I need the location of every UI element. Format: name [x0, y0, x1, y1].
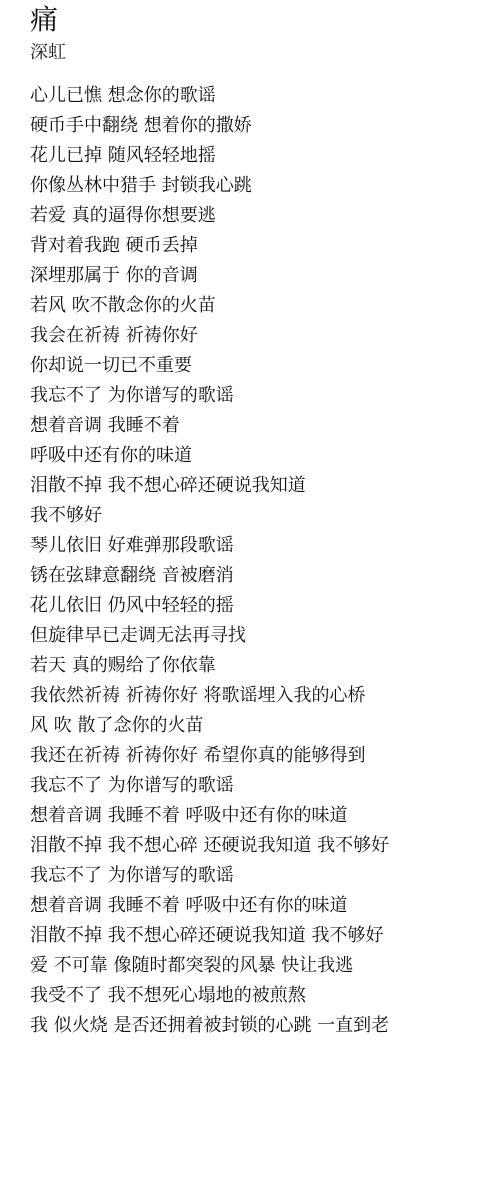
lyric-line: 背对着我跑 硬币丢掉 [30, 231, 490, 261]
lyric-line: 呼吸中还有你的味道 [30, 441, 490, 471]
lyric-line: 你像丛林中猎手 封锁我心跳 [30, 171, 490, 201]
lyric-line: 我还在祈祷 祈祷你好 希望你真的能够得到 [30, 741, 490, 771]
lyric-line: 爱 不可靠 像随时都突裂的风暴 快让我逃 [30, 951, 490, 981]
lyric-line: 但旋律早已走调无法再寻找 [30, 621, 490, 651]
lyric-line: 硬币手中翻绕 想着你的撒娇 [30, 111, 490, 141]
lyric-line: 琴儿依旧 好难弹那段歌谣 [30, 531, 490, 561]
lyric-line: 我 似火烧 是否还拥着被封锁的心跳 一直到老 [30, 1011, 490, 1041]
lyrics-page: 痛 深虹 心儿已憔 想念你的歌谣 硬币手中翻绕 想着你的撒娇 花儿已掉 随风轻轻… [30, 0, 490, 1041]
lyric-line: 我忘不了 为你谱写的歌谣 [30, 861, 490, 891]
lyric-line: 泪散不掉 我不想心碎还硬说我知道 我不够好 [30, 921, 490, 951]
lyric-line: 泪散不掉 我不想心碎还硬说我知道 [30, 471, 490, 501]
lyric-line: 深埋那属于 你的音调 [30, 261, 490, 291]
lyrics-body: 心儿已憔 想念你的歌谣 硬币手中翻绕 想着你的撒娇 花儿已掉 随风轻轻地摇 你像… [30, 81, 490, 1041]
lyric-line: 花儿已掉 随风轻轻地摇 [30, 141, 490, 171]
lyric-line: 我忘不了 为你谱写的歌谣 [30, 381, 490, 411]
lyric-line: 若爱 真的逼得你想要逃 [30, 201, 490, 231]
lyric-line: 我依然祈祷 祈祷你好 将歌谣埋入我的心桥 [30, 681, 490, 711]
song-title: 痛 [30, 0, 490, 39]
artist-name: 深虹 [30, 39, 490, 67]
lyric-line: 泪散不掉 我不想心碎 还硬说我知道 我不够好 [30, 831, 490, 861]
lyric-line: 想着音调 我睡不着 呼吸中还有你的味道 [30, 801, 490, 831]
lyric-line: 我忘不了 为你谱写的歌谣 [30, 771, 490, 801]
lyric-line: 想着音调 我睡不着 [30, 411, 490, 441]
lyric-line: 心儿已憔 想念你的歌谣 [30, 81, 490, 111]
lyric-line: 若天 真的赐给了你依靠 [30, 651, 490, 681]
lyric-line: 我不够好 [30, 501, 490, 531]
lyric-line: 我会在祈祷 祈祷你好 [30, 321, 490, 351]
lyric-line: 锈在弦肆意翻绕 音被磨消 [30, 561, 490, 591]
lyric-line: 花儿依旧 仍风中轻轻的摇 [30, 591, 490, 621]
lyric-line: 你却说一切已不重要 [30, 351, 490, 381]
lyric-line: 想着音调 我睡不着 呼吸中还有你的味道 [30, 891, 490, 921]
lyric-line: 风 吹 散了念你的火苗 [30, 711, 490, 741]
lyric-line: 我受不了 我不想死心塌地的被煎熬 [30, 981, 490, 1011]
lyric-line: 若风 吹不散念你的火苗 [30, 291, 490, 321]
